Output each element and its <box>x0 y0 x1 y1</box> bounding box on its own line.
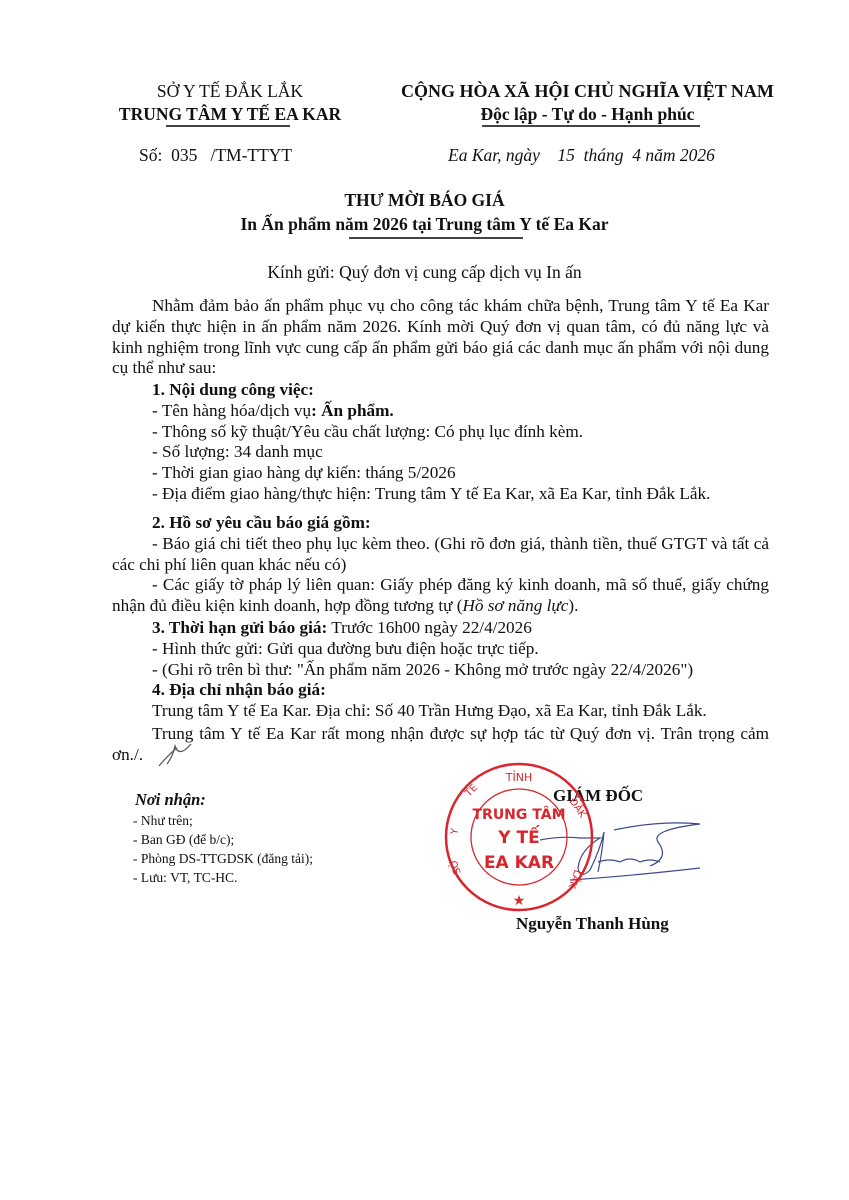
issuing-agency: SỞ Y TẾ ĐẮK LẮK TRUNG TÂM Y TẾ EA KAR <box>105 80 355 126</box>
official-seal: TỈNH TẾ Y SỞ ĐẮK LẮK TRUNG TÂM Y TẾ EA K… <box>443 757 595 917</box>
national-motto: CỘNG HÒA XÃ HỘI CHỦ NGHĨA VIỆT NAM Độc l… <box>385 80 790 126</box>
document-subtitle: In Ấn phẩm năm 2026 tại Trung tâm Y tế E… <box>0 214 849 235</box>
motto-underline <box>482 125 700 127</box>
closing-paragraph: Trung tâm Y tế Ea Kar rất mong nhận được… <box>112 724 769 766</box>
section-2-heading: 2. Hồ sơ yêu cầu báo giá gồm: <box>112 513 769 534</box>
seal-text-province: TỈNH <box>505 770 532 784</box>
motto: Độc lập - Tự do - Hạnh phúc <box>385 103 790 126</box>
seal-text-eakar: EA KAR <box>484 853 554 873</box>
delivery-time-line: - Thời gian giao hàng dự kiến: tháng 5/2… <box>112 463 769 484</box>
issue-date: Ea Kar, ngày 15 tháng 4 năm 2026 <box>448 145 715 166</box>
quote-detail-line: - Báo giá chi tiết theo phụ lục kèm theo… <box>112 534 769 576</box>
receiving-address: Trung tâm Y tế Ea Kar. Địa chỉ: Số 40 Tr… <box>112 701 769 722</box>
capability-profile: Hồ sơ năng lực <box>462 596 568 615</box>
title-underline <box>349 237 523 239</box>
recipient-item: - Lưu: VT, TC-HC. <box>133 868 313 887</box>
document-number: Số: 035 /TM-TTYT <box>139 145 292 166</box>
recipient-item: - Ban GĐ (để b/c); <box>133 830 313 849</box>
legal-docs-suffix: ). <box>568 596 578 615</box>
recipients-heading: Nơi nhận: <box>135 790 313 810</box>
envelope-note-line: - (Ghi rõ trên bì thư: "Ấn phẩm năm 2026… <box>112 660 769 681</box>
spec-line: - Thông số kỹ thuật/Yêu cầu chất lượng: … <box>112 422 769 443</box>
signer-name: Nguyễn Thanh Hùng <box>516 914 669 934</box>
svg-text:SỞ: SỞ <box>445 857 463 876</box>
initials-mark <box>155 740 195 770</box>
delivery-location-line: - Địa điểm giao hàng/thực hiện: Trung tâ… <box>112 484 769 505</box>
goods-label: - Tên hàng hóa/dịch vụ <box>152 401 311 420</box>
svg-text:LẮK: LẮK <box>566 868 586 891</box>
intro-paragraph: Nhằm đảm bảo ấn phẩm phục vụ cho công tá… <box>112 296 769 379</box>
recipients-list: Nơi nhận: - Như trên; - Ban GĐ (để b/c);… <box>135 790 313 887</box>
section-deadline: 3. Thời hạn gửi báo giá: Trước 16h00 ngà… <box>112 618 769 722</box>
agency-underline <box>166 125 290 127</box>
recipient-item: - Như trên; <box>133 811 313 830</box>
section-work-content: 1. Nội dung công việc: - Tên hàng hóa/dị… <box>112 380 769 505</box>
deadline-line: 3. Thời hạn gửi báo giá: Trước 16h00 ngà… <box>112 618 769 639</box>
country-name: CỘNG HÒA XÃ HỘI CHỦ NGHĨA VIỆT NAM <box>385 80 790 103</box>
section-4-heading: 4. Địa chỉ nhận báo giá: <box>112 680 769 701</box>
addressee: Kính gửi: Quý đơn vị cung cấp dịch vụ In… <box>0 262 849 283</box>
seal-text-medical: Y TẾ <box>497 824 540 848</box>
legal-docs-line: - Các giấy tờ pháp lý liên quan: Giấy ph… <box>112 575 769 617</box>
seal-text-center: TRUNG TÂM <box>472 806 565 823</box>
goods-value: : Ấn phẩm. <box>311 401 394 420</box>
legal-docs-text: - Các giấy tờ pháp lý liên quan: Giấy ph… <box>112 575 769 615</box>
star-icon: ★ <box>513 893 526 909</box>
document-title: THƯ MỜI BÁO GIÁ <box>0 190 849 211</box>
deadline-value: Trước 16h00 ngày 22/4/2026 <box>327 618 532 637</box>
agency-parent: SỞ Y TẾ ĐẮK LẮK <box>105 80 355 103</box>
section-3-heading: 3. Thời hạn gửi báo giá: <box>152 618 327 637</box>
recipient-item: - Phòng DS-TTGDSK (đăng tải); <box>133 849 313 868</box>
agency-name: TRUNG TÂM Y TẾ EA KAR <box>105 103 355 126</box>
section-quote-documents: 2. Hồ sơ yêu cầu báo giá gồm: - Báo giá … <box>112 513 769 617</box>
quantity-line: - Số lượng: 34 danh mục <box>112 442 769 463</box>
svg-text:Y: Y <box>449 827 461 837</box>
goods-name-line: - Tên hàng hóa/dịch vụ: Ấn phẩm. <box>112 401 769 422</box>
svg-text:TẾ: TẾ <box>461 780 481 800</box>
submission-method-line: - Hình thức gửi: Gửi qua đường bưu điện … <box>112 639 769 660</box>
section-1-heading: 1. Nội dung công việc: <box>112 380 769 401</box>
